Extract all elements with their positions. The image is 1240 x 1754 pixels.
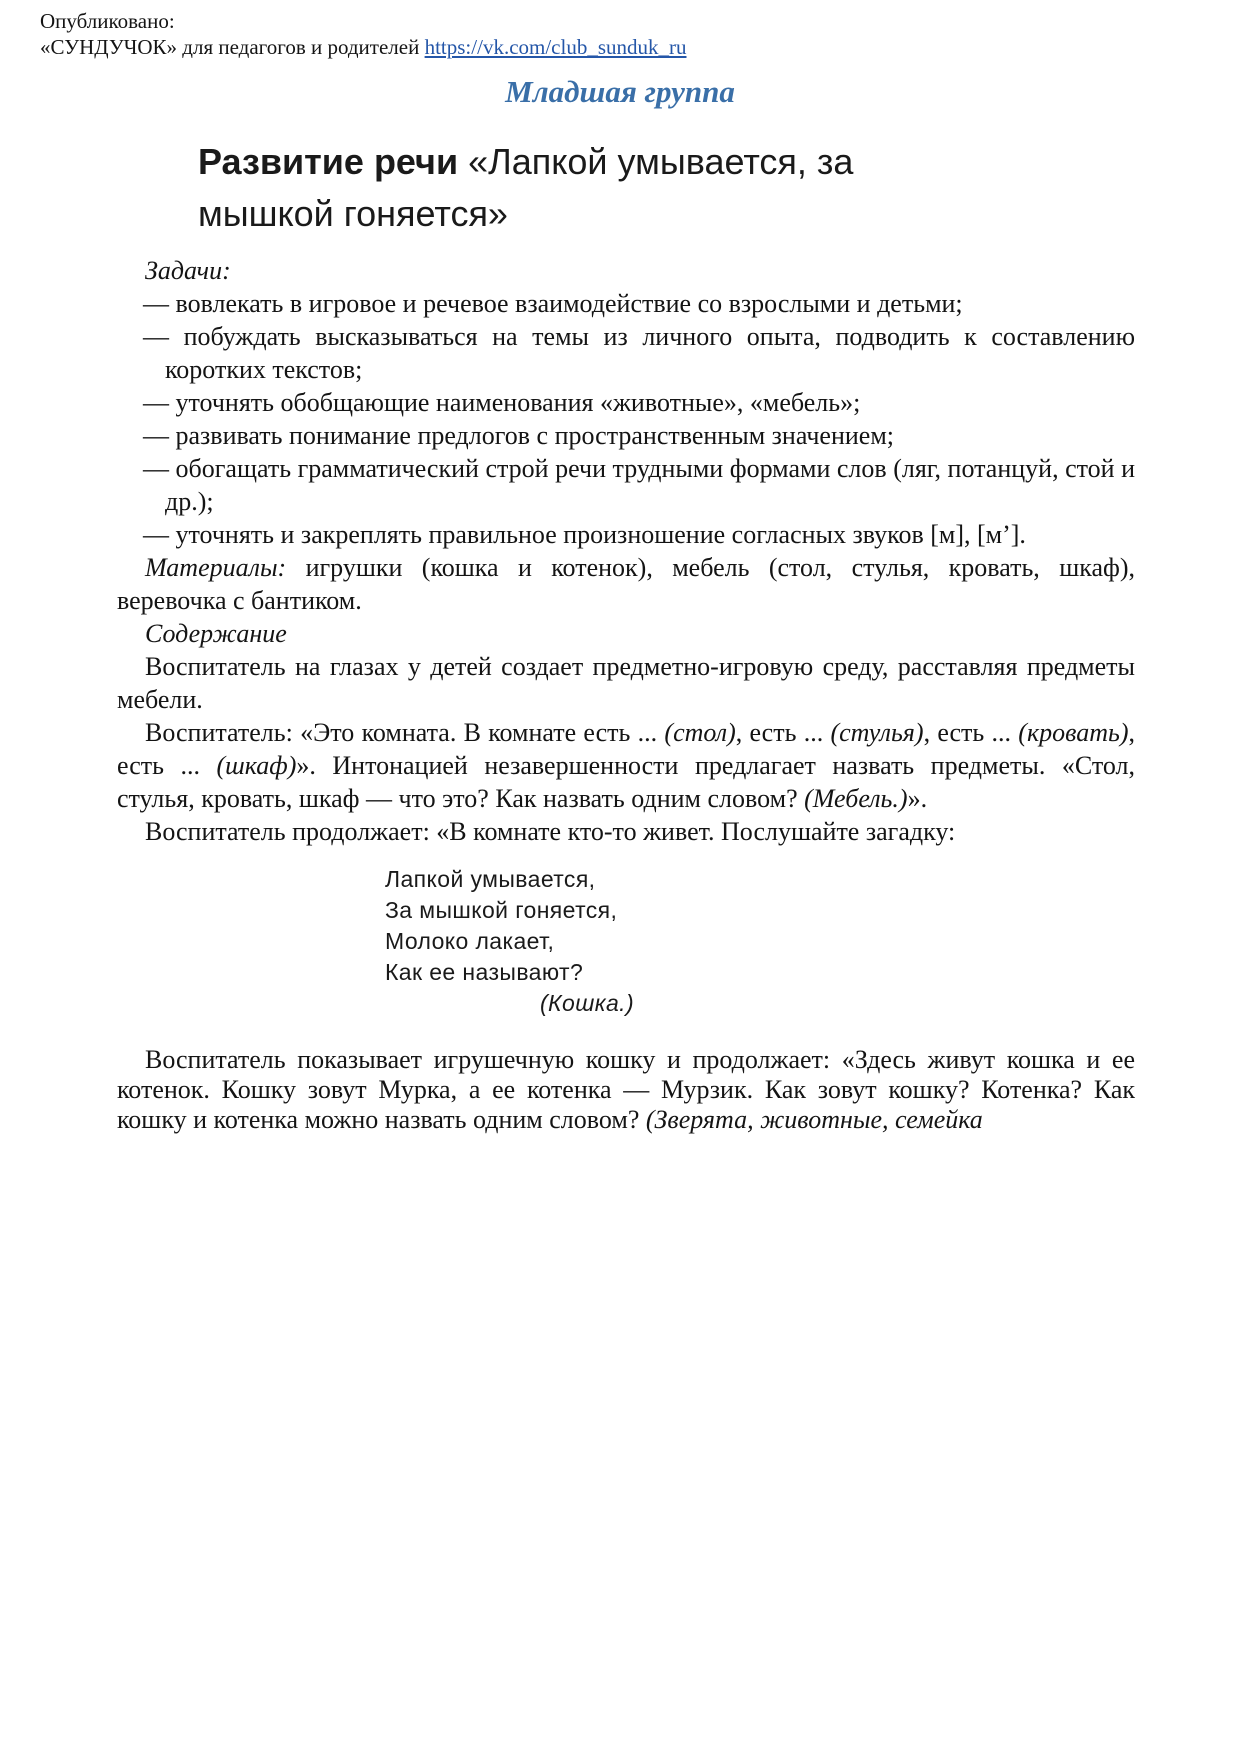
published-source: «СУНДУЧОК» для педагогов и родителей — [40, 35, 425, 59]
riddle-answer: (Кошка.) — [540, 988, 1135, 1019]
content-heading: Содержание — [117, 617, 1135, 650]
task-item: — вовлекать в игровое и речевое взаимоде… — [165, 287, 1135, 320]
text-segment: (стол) — [664, 718, 735, 747]
published-link[interactable]: https://vk.com/club_sunduk_ru — [425, 35, 687, 59]
paragraph-room: Воспитатель: «Это комната. В комнате ест… — [117, 716, 1135, 815]
paragraph-final: Воспитатель показывает игрушечную кошку … — [117, 1045, 1135, 1135]
text-segment: , есть ... — [924, 718, 1019, 747]
document-page: Опубликовано: «СУНДУЧОК» для педагогов и… — [0, 0, 1240, 1754]
task-item: — уточнять и закреплять правильное произ… — [165, 518, 1135, 551]
task-item: — побуждать высказываться на темы из лич… — [165, 320, 1135, 386]
riddle-line: Лапкой умывается, — [385, 864, 1135, 895]
tasks-list: — вовлекать в игровое и речевое взаимоде… — [117, 287, 1135, 551]
published-source-line: «СУНДУЧОК» для педагогов и родителей htt… — [40, 34, 1240, 60]
dash: — — [143, 388, 169, 417]
dash: — — [143, 322, 169, 351]
text-segment: Материалы: — [145, 553, 286, 582]
dash: — — [143, 289, 169, 318]
task-item-text: обогащать грамматический строй речи труд… — [165, 454, 1135, 516]
tasks-heading: Задачи: — [117, 254, 1135, 287]
materials-paragraph: Материалы: игрушки (кошка и котенок), ме… — [117, 551, 1135, 617]
text-segment: (Зверята, животные, семейка — [646, 1105, 983, 1134]
text-segment: (шкаф) — [216, 751, 296, 780]
text-segment: (кро­вать) — [1018, 718, 1128, 747]
task-item: — уточнять обобщающие наименования «живо… — [165, 386, 1135, 419]
paragraph-riddle-intro: Воспитатель продолжает: «В комнате кто-т… — [117, 815, 1135, 848]
riddle-line: Молоко лакает, — [385, 926, 1135, 957]
group-heading: Младшая группа — [0, 74, 1240, 110]
paragraph-setup: Воспитатель на глазах у детей создает пр… — [117, 650, 1135, 716]
task-item-text: уточнять и закреплять правильное произно… — [176, 520, 1026, 549]
task-item-text: развивать понимание предлогов с простран… — [176, 421, 895, 450]
riddle-line: Как ее называют? — [385, 957, 1135, 988]
riddle-block: Лапкой умывается, За мышкой гоняется, Мо… — [385, 864, 1135, 1019]
task-item: — обогащать грамматический строй речи тр… — [165, 452, 1135, 518]
text-segment: (Мебель.) — [804, 784, 907, 813]
text-segment: ». — [908, 784, 928, 813]
text-segment: , есть ... — [736, 718, 831, 747]
task-item-text: вовлекать в игровое и речевое взаимодейс… — [176, 289, 963, 318]
text-segment: Развитие речи — [198, 141, 458, 182]
published-label: Опубликовано: — [40, 8, 1240, 34]
text-segment: (стулья) — [830, 718, 923, 747]
lesson-title: Развитие речи «Лапкой умывается, за мышк… — [198, 136, 998, 240]
dash: — — [143, 520, 169, 549]
publication-header: Опубликовано: «СУНДУЧОК» для педагогов и… — [40, 0, 1240, 60]
riddle-line: За мышкой гоняется, — [385, 895, 1135, 926]
task-item-text: уточнять обобщающие наименования «животн… — [176, 388, 861, 417]
task-item: — развивать понимание предлогов с простр… — [165, 419, 1135, 452]
dash: — — [143, 421, 169, 450]
task-item-text: побуждать высказываться на темы из лично… — [165, 322, 1135, 384]
dash: — — [143, 454, 169, 483]
document-body: Задачи: — вовлекать в игровое и речевое … — [117, 254, 1135, 1135]
text-segment: Воспитатель: «Это комната. В комнате ест… — [145, 718, 664, 747]
